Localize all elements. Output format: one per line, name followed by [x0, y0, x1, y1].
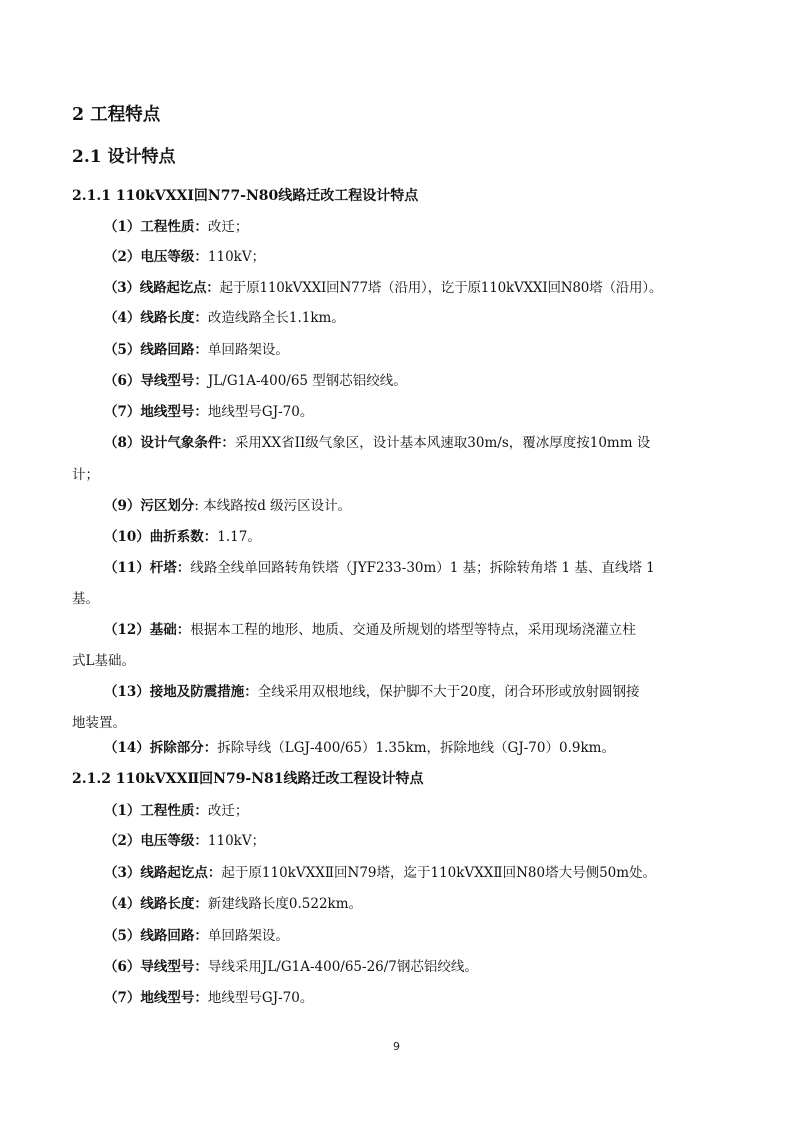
list-item: （1）工程性质：改迁；: [104, 801, 723, 821]
item-label: 设计气象条件：: [140, 435, 235, 451]
item-text: JL/G1A-400/65 型钢芯铝绞线。: [208, 373, 407, 389]
item-text: 拆除导线（LGJ-400/65）1.35km，拆除地线（GJ-70）0.9km。: [217, 740, 615, 756]
list-item: （7）地线型号：地线型号GJ-70。: [104, 988, 723, 1008]
item-label: 污区划分: [140, 498, 194, 514]
item-number: （5）: [104, 928, 140, 944]
item-number: （12）: [104, 622, 150, 638]
list-item: （6）导线型号：导线采用JL/G1A-400/65-26/7钢芯铝绞线。: [104, 957, 723, 977]
list-item: （3）线路起讫点：起于原110kVXXⅡ回N79塔，迄于110kVXXⅡ回N80…: [104, 863, 723, 883]
list-item: （12）基础：根据本工程的地形、地质、交通及所规划的塔型等特点，采用现场浇灌立柱: [104, 620, 723, 640]
list-item: （11）杆塔：线路全线单回路转角铁塔（JYF233-30m）1 基；拆除转角塔 …: [104, 558, 723, 578]
list-item: （5）线路回路：单回路架设。: [104, 340, 723, 360]
item-label: 工程性质：: [140, 803, 208, 819]
heading-subsection-2: 2.1.2 110kVXXⅡ回N79-N81线路迁改工程设计特点: [72, 769, 723, 789]
list-item-continuation: 地装置。: [72, 713, 723, 733]
heading-section: 2.1 设计特点: [72, 147, 723, 167]
item-number: （1）: [104, 803, 140, 819]
item-text: 根据本工程的地形、地质、交通及所规划的塔型等特点，采用现场浇灌立柱: [190, 622, 636, 638]
item-number: （10）: [104, 529, 150, 545]
list-item: （9）污区划分: 本线路按d 级污区设计。: [104, 496, 723, 516]
item-label: 地线型号：: [140, 990, 208, 1006]
item-text: 1.17。: [217, 529, 261, 545]
document-page: 2 工程特点 2.1 设计特点 2.1.1 110kVXXⅠ回N77-N80线路…: [0, 0, 793, 1122]
item-number: （13）: [104, 684, 150, 700]
item-label: 基础：: [150, 622, 191, 638]
item-label: 杆塔：: [150, 560, 191, 576]
item-text: 改造线路全长1.1km。: [208, 310, 345, 326]
list-item: （5）线路回路：单回路架设。: [104, 926, 723, 946]
item-label: 线路回路：: [140, 342, 208, 358]
item-label: 线路起讫点：: [140, 865, 221, 881]
item-number: （4）: [104, 310, 140, 326]
item-text: 起于原110kVXXI回N77塔（沿用），讫于原110kVXXI回N80塔（沿用…: [220, 280, 663, 296]
item-label: 线路起讫点：: [140, 280, 220, 296]
list-item: （2）电压等级：110kV；: [104, 831, 723, 851]
item-number: （2）: [104, 249, 140, 265]
item-text: 地线型号GJ-70。: [208, 990, 313, 1006]
item-label: 曲折系数：: [150, 529, 218, 545]
item-number: （14）: [104, 740, 150, 756]
item-text: 全线采用双根地线，保护脚不大于20度，闭合环形或放射圆钢接: [258, 684, 640, 700]
item-text: 线路全线单回路转角铁塔（JYF233-30m）1 基；拆除转角塔 1 基、直线塔…: [190, 560, 654, 576]
heading-chapter: 2 工程特点: [72, 105, 723, 125]
item-label: 电压等级：: [140, 833, 208, 849]
item-number: （5）: [104, 342, 140, 358]
item-text: 110kV；: [208, 249, 265, 265]
item-label: 导线型号：: [140, 959, 208, 975]
item-label: 工程性质：: [140, 219, 208, 235]
item-number: （3）: [104, 865, 140, 881]
item-label: 电压等级：: [140, 249, 208, 265]
item-label: 导线型号：: [140, 373, 208, 389]
list-item: （8）设计气象条件：采用XX省II级气象区，设计基本风速取30m/s，覆冰厚度按…: [104, 433, 723, 453]
item-text: 单回路架设。: [208, 928, 289, 944]
item-number: （4）: [104, 896, 140, 912]
item-number: （6）: [104, 959, 140, 975]
item-label: 拆除部分：: [150, 740, 218, 756]
item-label: 线路回路：: [140, 928, 208, 944]
item-number: （9）: [104, 498, 140, 514]
list-item: （2）电压等级：110kV；: [104, 247, 723, 267]
item-number: （6）: [104, 373, 140, 389]
item-number: （2）: [104, 833, 140, 849]
item-number: （3）: [104, 280, 140, 296]
item-text: 起于原110kVXXⅡ回N79塔，迄于110kVXXⅡ回N80塔大号侧50m处。: [221, 865, 656, 881]
list-item: （13）接地及防震措施：全线采用双根地线，保护脚不大于20度，闭合环形或放射圆钢…: [104, 682, 723, 702]
list-item: （4）线路长度：新建线路长度0.522km。: [104, 894, 723, 914]
item-text: 改迁；: [208, 803, 249, 819]
list-item: （6）导线型号：JL/G1A-400/65 型钢芯铝绞线。: [104, 371, 723, 391]
item-label: 接地及防震措施：: [150, 684, 258, 700]
item-number: （7）: [104, 404, 140, 420]
item-number: （11）: [104, 560, 150, 576]
item-text: 改迁；: [208, 219, 249, 235]
list-item-continuation: 式L基础。: [72, 651, 723, 671]
list-item: （4）线路长度：改造线路全长1.1km。: [104, 308, 723, 328]
item-text: 110kV；: [208, 833, 265, 849]
list-item: （10）曲折系数：1.17。: [104, 527, 723, 547]
list-item: （14）拆除部分：拆除导线（LGJ-400/65）1.35km，拆除地线（GJ-…: [104, 738, 723, 758]
item-text: 导线采用JL/G1A-400/65-26/7钢芯铝绞线。: [208, 959, 478, 975]
item-text: 采用XX省II级气象区，设计基本风速取30m/s，覆冰厚度按10mm 设: [235, 435, 650, 451]
item-number: （8）: [104, 435, 140, 451]
heading-subsection-1: 2.1.1 110kVXXⅠ回N77-N80线路迁改工程设计特点: [72, 186, 723, 206]
item-label: 线路长度：: [140, 310, 208, 326]
list-item-continuation: 计；: [72, 465, 723, 485]
item-text: 单回路架设。: [208, 342, 289, 358]
page-number: 9: [0, 1040, 793, 1053]
item-label: 地线型号：: [140, 404, 208, 420]
item-number: （7）: [104, 990, 140, 1006]
list-item-continuation: 基。: [72, 589, 723, 609]
item-number: （1）: [104, 219, 140, 235]
list-item: （3）线路起讫点：起于原110kVXXI回N77塔（沿用），讫于原110kVXX…: [104, 278, 723, 298]
item-text: 新建线路长度0.522km。: [208, 896, 362, 912]
list-item: （1）工程性质：改迁；: [104, 217, 723, 237]
item-text: : 本线路按d 级污区设计。: [194, 498, 351, 514]
item-text: 地线型号GJ-70。: [208, 404, 313, 420]
item-label: 线路长度：: [140, 896, 208, 912]
list-item: （7）地线型号：地线型号GJ-70。: [104, 402, 723, 422]
